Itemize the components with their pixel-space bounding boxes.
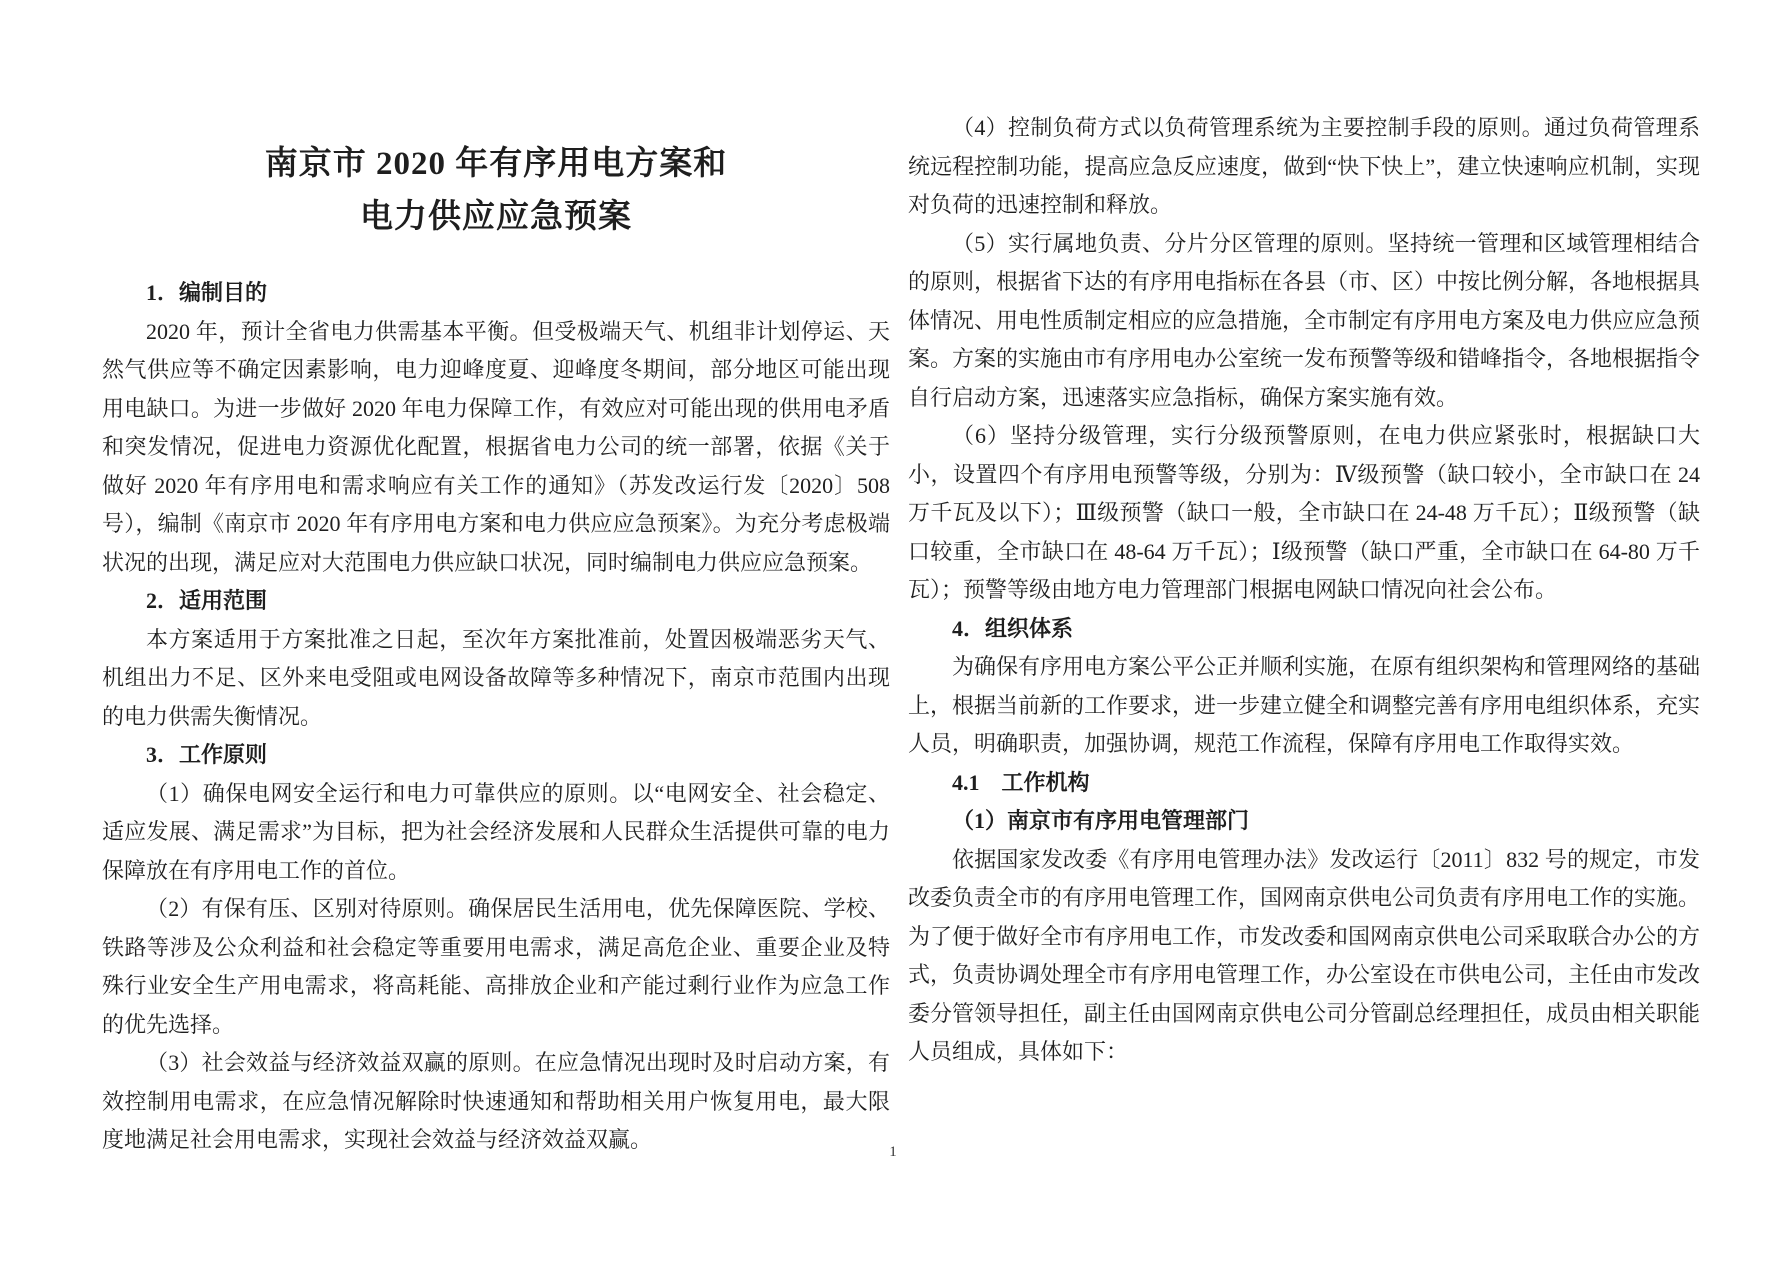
section-heading-compilation-purpose: 1．编制目的 [102,274,890,313]
body-paragraph: 本方案适用于方案批准之日起，至次年方案批准前，处置因极端恶劣天气、机组出力不足、… [102,621,890,737]
right-column: （4）控制负荷方式以负荷管理系统为主要控制手段的原则。通过负荷管理系统远程控制功… [908,109,1700,1072]
section-heading-organization-system: 4．组织体系 [908,610,1700,649]
document-page: 南京市 2020 年有序用电方案和 电力供应应急预案 1．编制目的 2020 年… [0,0,1786,1263]
body-paragraph: （1）确保电网安全运行和电力可靠供应的原则。以“电网安全、社会稳定、适应发展、满… [102,775,890,891]
body-paragraph: （5）实行属地负责、分片分区管理的原则。坚持统一管理和区域管理相结合的原则，根据… [908,225,1700,418]
document-title-line-1: 南京市 2020 年有序用电方案和 [102,138,890,191]
section-heading-work-principles: 3．工作原则 [102,736,890,775]
document-title-line-2: 电力供应应急预案 [102,191,890,244]
body-paragraph: 2020 年，预计全省电力供需基本平衡。但受极端天气、机组非计划停运、天然气供应… [102,313,890,583]
body-paragraph: （2）有保有压、区别对待原则。确保居民生活用电，优先保障医院、学校、铁路等涉及公… [102,890,890,1044]
body-paragraph: （4）控制负荷方式以负荷管理系统为主要控制手段的原则。通过负荷管理系统远程控制功… [908,109,1700,225]
page-number: 1 [0,1142,1786,1162]
left-column: 1．编制目的 2020 年，预计全省电力供需基本平衡。但受极端天气、机组非计划停… [102,274,890,1160]
body-paragraph: 为确保有序用电方案公平公正并顺利实施，在原有组织架构和管理网络的基础上，根据当前… [908,648,1700,764]
subsection-heading-work-organs: 4.1 工作机构 [908,764,1700,803]
body-paragraph: （6）坚持分级管理，实行分级预警原则，在电力供应紧张时，根据缺口大小，设置四个有… [908,417,1700,610]
document-title: 南京市 2020 年有序用电方案和 电力供应应急预案 [102,138,890,244]
subsection-heading-management-department: （1）南京市有序用电管理部门 [908,802,1700,841]
body-paragraph: 依据国家发改委《有序用电管理办法》发改运行〔2011〕832 号的规定，市发改委… [908,841,1700,1072]
section-heading-scope: 2．适用范围 [102,582,890,621]
